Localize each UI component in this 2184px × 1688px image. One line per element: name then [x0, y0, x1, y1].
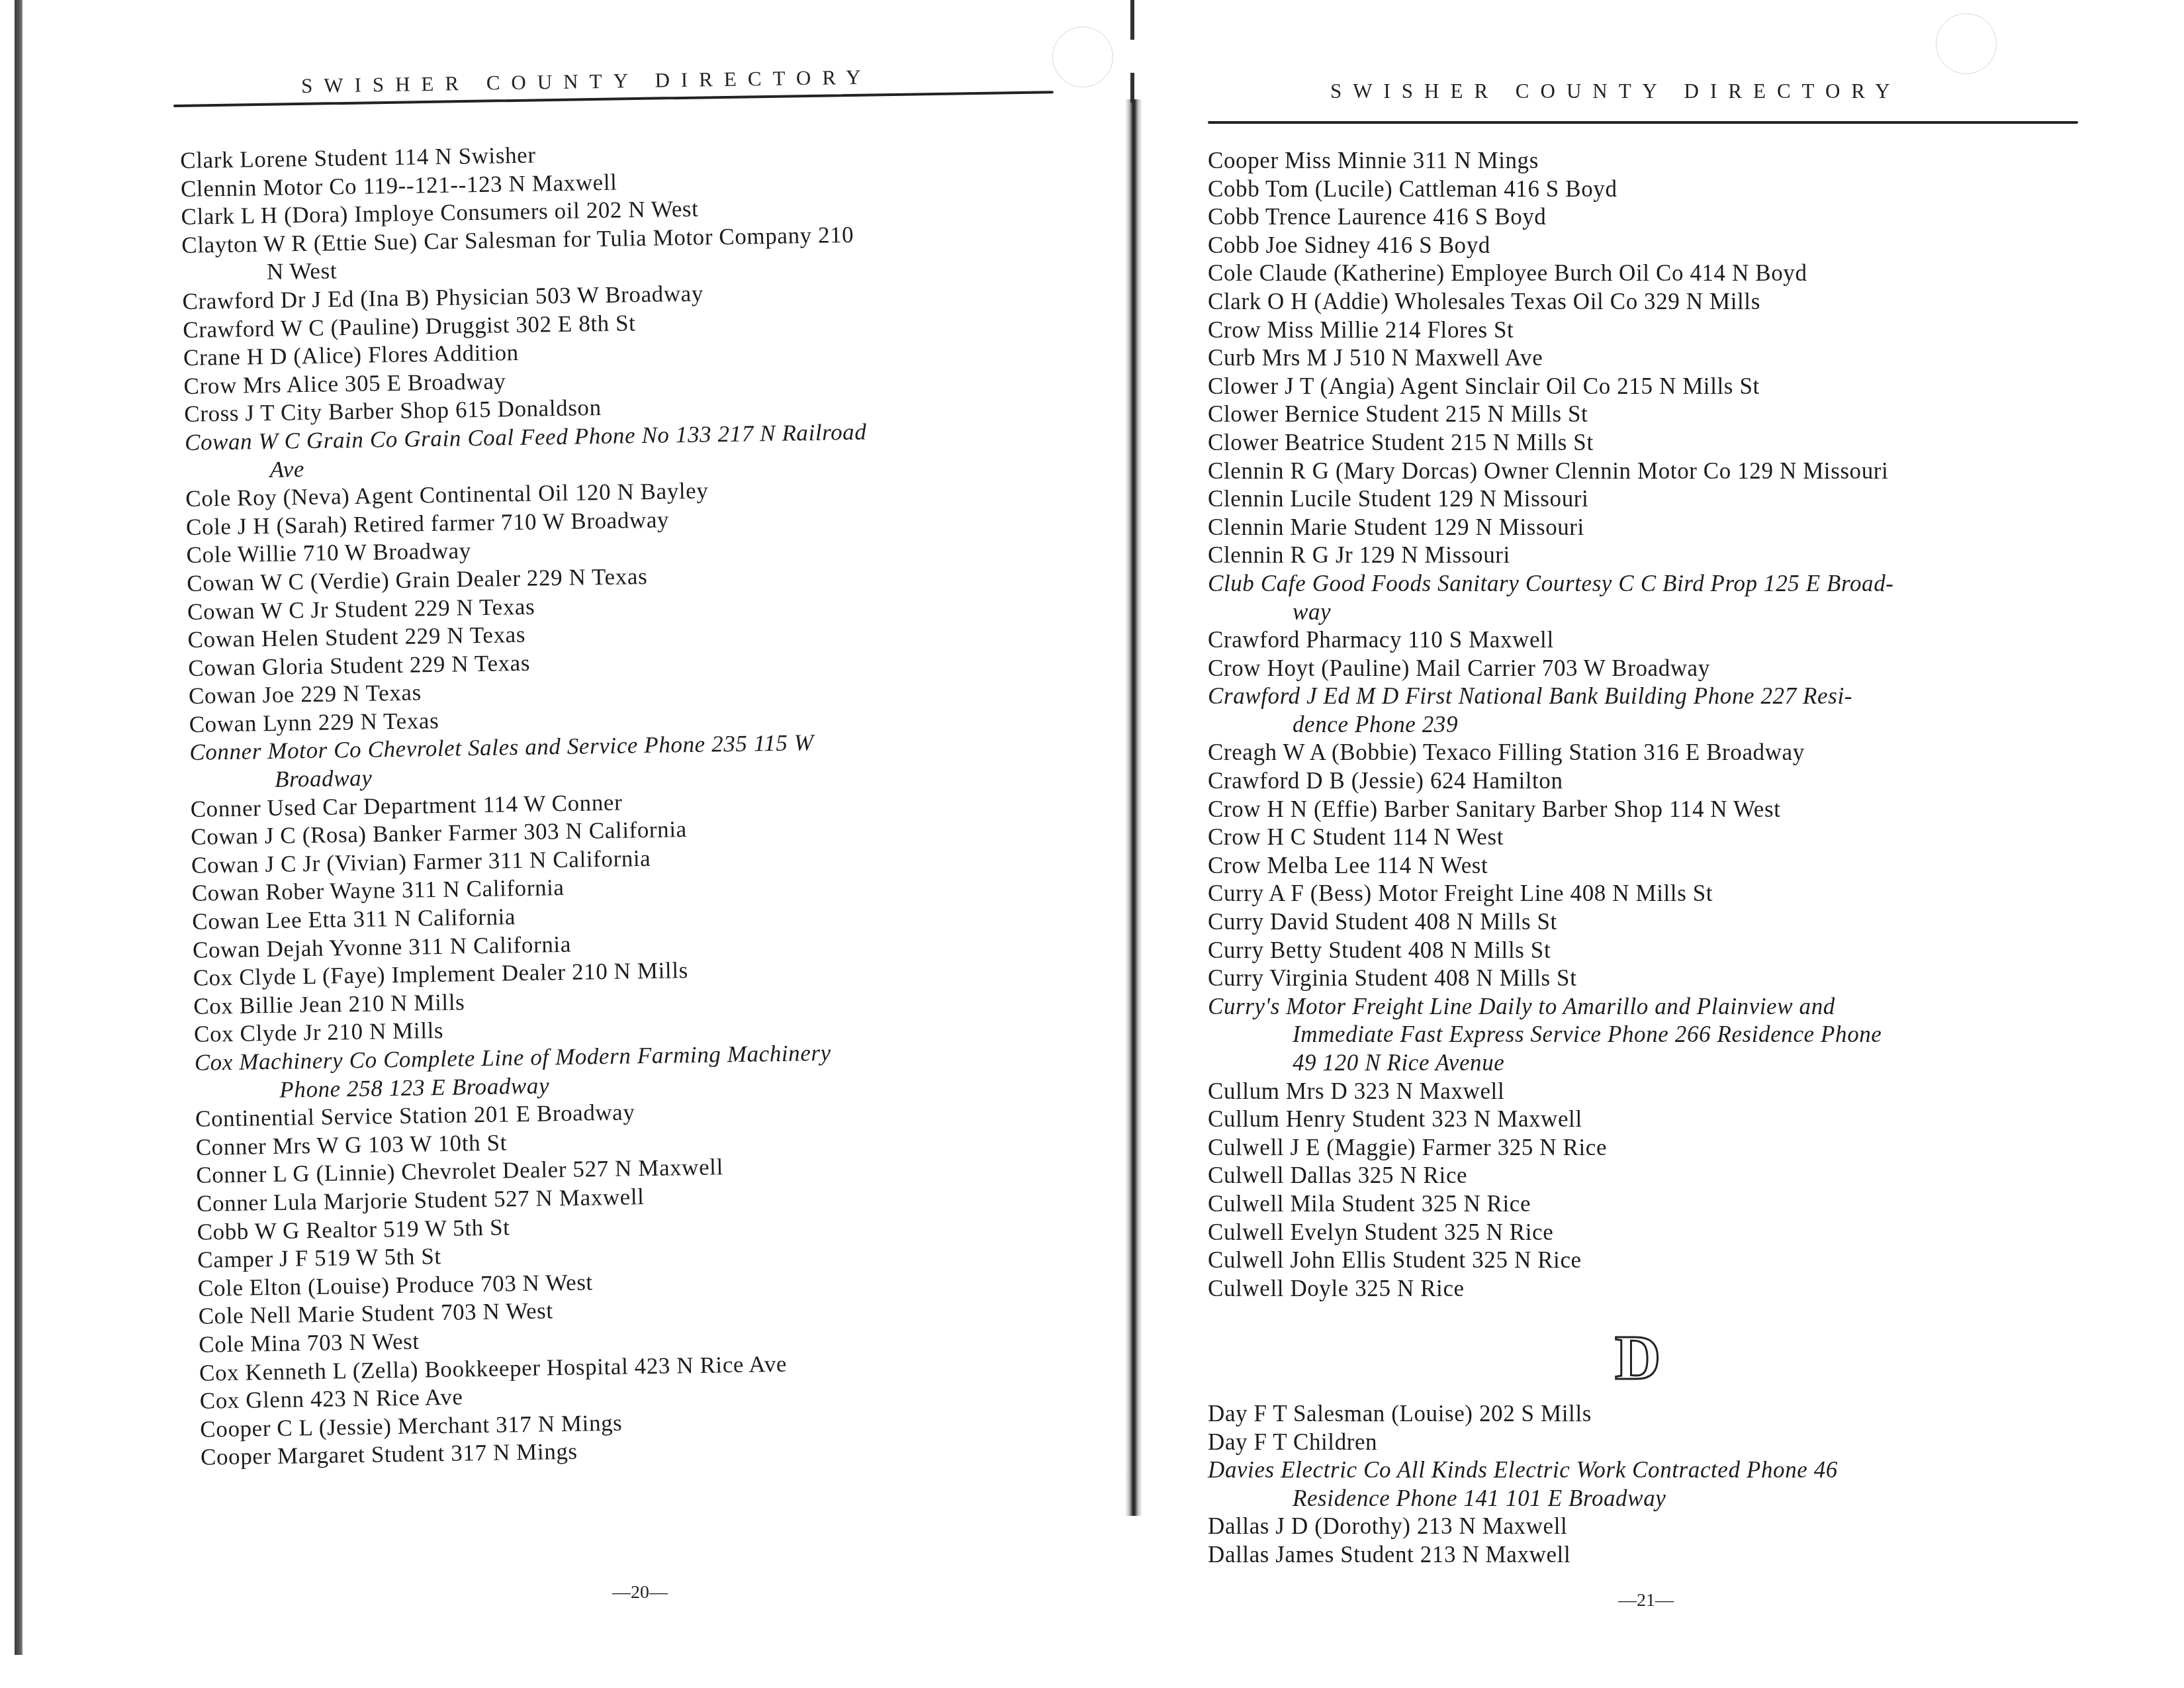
directory-advertisement-entry: Cowan W C Grain Co Grain Coal Feed Phone… — [185, 418, 868, 485]
directory-entry: Clennin Lucile Student 129 N Missouri — [1208, 485, 1893, 514]
entry-text: Curb Mrs M J 510 N Maxwell Ave — [1208, 345, 1543, 371]
directory-entry: Cullum Mrs D 323 N Maxwell — [1208, 1078, 1893, 1106]
directory-entry: Dallas J D (Dorothy) 213 N Maxwell — [1208, 1513, 1838, 1541]
entry-text: Cowan W C Jr Student 229 N Texas — [187, 593, 535, 624]
directory-entry: Crow H C Student 114 N West — [1208, 823, 1893, 852]
entry-text: Clark O H (Addie) Wholesales Texas Oil C… — [1208, 289, 1760, 314]
entry-text: Crow Hoyt (Pauline) Mail Carrier 703 W B… — [1208, 655, 1710, 681]
punch-hole-mark — [1052, 26, 1113, 87]
entry-text: Cobb Trence Laurence 416 S Boyd — [1208, 204, 1546, 230]
entry-text: Clower Beatrice Student 215 N Mills St — [1208, 430, 1594, 455]
entry-text: Cross J T City Barber Shop 615 Donaldson — [184, 395, 602, 427]
directory-list-right-c: Cooper Miss Minnie 311 N MingsCobb Tom (… — [1208, 147, 1893, 1303]
directory-entry: Crow Miss Millie 214 Flores St — [1208, 316, 1893, 345]
header-rule-right — [1208, 121, 2078, 124]
entry-text: Clennin R G Jr 129 N Missouri — [1208, 542, 1510, 568]
directory-advertisement-entry: Club Cafe Good Foods Sanitary Courtesy C… — [1208, 570, 1893, 626]
entry-text: Creagh W A (Bobbie) Texaco Filling Stati… — [1208, 739, 1805, 765]
punch-hole-mark — [1936, 13, 1997, 74]
entry-text: Cole Willie 710 W Broadway — [186, 538, 471, 568]
entry-text: Cobb Joe Sidney 416 S Boyd — [1208, 232, 1490, 258]
directory-entry: Culwell Dallas 325 N Rice — [1208, 1162, 1893, 1190]
directory-entry: Cobb Joe Sidney 416 S Boyd — [1208, 232, 1893, 260]
entry-text: Crow Mrs Alice 305 E Broadway — [183, 368, 506, 399]
entry-text: Cox Glenn 423 N Rice Ave — [199, 1384, 463, 1414]
directory-entry: Curry Virginia Student 408 N Mills St — [1208, 964, 1893, 993]
entry-text: Cole Mina 703 N West — [199, 1328, 420, 1357]
entry-text: Curry A F (Bess) Motor Freight Line 408 … — [1208, 880, 1713, 906]
entry-text: Davies Electric Co All Kinds Electric Wo… — [1208, 1457, 1838, 1483]
directory-entry: Crawford Pharmacy 110 S Maxwell — [1208, 626, 1893, 655]
entry-text: Crow H N (Effie) Barber Sanitary Barber … — [1208, 796, 1780, 822]
directory-entry: Culwell Mila Student 325 N Rice — [1208, 1190, 1893, 1219]
binding-edge-top-lower — [1130, 73, 1134, 103]
entry-continuation: Immediate Fast Express Service Phone 266… — [1208, 1021, 1893, 1049]
section-letter-d: D — [1615, 1321, 1661, 1394]
directory-entry: Culwell Doyle 325 N Rice — [1208, 1275, 1893, 1303]
entry-text: Clower J T (Angia) Agent Sinclair Oil Co… — [1208, 373, 1760, 399]
entry-text: Cobb W G Realtor 519 W 5th St — [197, 1214, 510, 1244]
directory-entry: Curb Mrs M J 510 N Maxwell Ave — [1208, 344, 1893, 373]
entry-text: Curry's Motor Freight Line Daily to Amar… — [1208, 994, 1835, 1019]
directory-entry: Clennin Marie Student 129 N Missouri — [1208, 514, 1893, 542]
entry-text: Cowan Lee Etta 311 N California — [192, 904, 516, 935]
entry-text: Cullum Mrs D 323 N Maxwell — [1208, 1078, 1504, 1104]
entry-text: Clennin Motor Co 119--121--123 N Maxwell — [181, 169, 617, 201]
entry-text: Clennin Lucile Student 129 N Missouri — [1208, 486, 1588, 512]
directory-list-right-d: Day F T Salesman (Louise) 202 S MillsDay… — [1208, 1400, 1838, 1570]
entry-text: Cowan W C (Verdie) Grain Dealer 229 N Te… — [187, 563, 647, 596]
entry-text: Culwell J E (Maggie) Farmer 325 N Rice — [1208, 1135, 1607, 1160]
entry-text: Cowan Lynn 229 N Texas — [189, 708, 439, 737]
entry-continuation: 49 120 N Rice Avenue — [1208, 1049, 1893, 1078]
directory-entry: Clower Bernice Student 215 N Mills St — [1208, 400, 1893, 429]
entry-text: Conner Mrs W G 103 W 10th St — [195, 1129, 507, 1160]
entry-continuation: dence Phone 239 — [1208, 711, 1893, 739]
entry-text: Crawford D B (Jessie) 624 Hamilton — [1208, 768, 1563, 794]
entry-text: Curry Virginia Student 408 N Mills St — [1208, 965, 1576, 991]
entry-text: Cowan J C Jr (Vivian) Farmer 311 N Calif… — [191, 845, 651, 878]
entry-text: Cowan Joe 229 N Texas — [189, 680, 422, 710]
directory-entry: Dallas James Student 213 N Maxwell — [1208, 1541, 1838, 1570]
entry-text: Cox Clyde Jr 210 N Mills — [194, 1017, 444, 1047]
directory-entry: Culwell Evelyn Student 325 N Rice — [1208, 1219, 1893, 1247]
directory-entry: Curry Betty Student 408 N Mills St — [1208, 937, 1893, 965]
entry-text: Cowan Dejah Yvonne 311 N California — [193, 931, 571, 962]
directory-entry: Culwell John Ellis Student 325 N Rice — [1208, 1246, 1893, 1275]
directory-entry: Day F T Children — [1208, 1429, 1838, 1457]
directory-entry: Clower Beatrice Student 215 N Mills St — [1208, 429, 1893, 457]
directory-entry: Cooper Miss Minnie 311 N Mings — [1208, 147, 1893, 175]
entry-text: Camper J F 519 W 5th St — [197, 1243, 441, 1273]
entry-text: Cox Billie Jean 210 N Mills — [193, 989, 465, 1019]
entry-text: Curry Betty Student 408 N Mills St — [1208, 937, 1551, 963]
entry-text: Day F T Children — [1208, 1429, 1377, 1455]
entry-text: Cullum Henry Student 323 N Maxwell — [1208, 1106, 1582, 1132]
entry-text: Culwell Evelyn Student 325 N Rice — [1208, 1219, 1553, 1245]
entry-text: Curry David Student 408 N Mills St — [1208, 909, 1557, 935]
entry-text: Cole Nell Marie Student 703 N West — [198, 1298, 553, 1329]
binding-edge-top — [1130, 0, 1134, 40]
directory-entry: Clower J T (Angia) Agent Sinclair Oil Co… — [1208, 373, 1893, 401]
directory-entry: Crow Hoyt (Pauline) Mail Carrier 703 W B… — [1208, 655, 1893, 683]
entry-text: Crawford Pharmacy 110 S Maxwell — [1208, 627, 1554, 653]
directory-entry: Creagh W A (Bobbie) Texaco Filling Stati… — [1208, 739, 1893, 767]
directory-entry: Clennin R G Jr 129 N Missouri — [1208, 541, 1893, 570]
entry-text: Culwell Doyle 325 N Rice — [1208, 1276, 1465, 1301]
entry-continuation: Residence Phone 141 101 E Broadway — [1208, 1485, 1838, 1513]
entry-text: Clennin R G (Mary Dorcas) Owner Clennin … — [1208, 458, 1888, 484]
right-page: SWISHER COUNTY DIRECTORY Cooper Miss Min… — [1138, 0, 2184, 1688]
entry-text: Cowan Gloria Student 229 N Texas — [188, 649, 530, 680]
entry-text: Crow Melba Lee 114 N West — [1208, 853, 1488, 878]
entry-text: Cowan Helen Student 229 N Texas — [187, 622, 525, 653]
directory-advertisement-entry: Conner Motor Co Chevrolet Sales and Serv… — [189, 728, 872, 795]
directory-entry: Curry A F (Bess) Motor Freight Line 408 … — [1208, 880, 1893, 908]
entry-text: Dallas J D (Dorothy) 213 N Maxwell — [1208, 1513, 1567, 1539]
entry-text: Dallas James Student 213 N Maxwell — [1208, 1542, 1570, 1568]
entry-text: Cooper Miss Minnie 311 N Mings — [1208, 148, 1539, 173]
directory-entry: Clayton W R (Ettie Sue) Car Salesman for… — [181, 221, 864, 288]
directory-advertisement-entry: Crawford J Ed M D First National Bank Bu… — [1208, 682, 1893, 739]
entry-text: Crawford J Ed M D First National Bank Bu… — [1208, 683, 1852, 709]
entry-text: Crow H C Student 114 N West — [1208, 824, 1504, 850]
entry-text: Crow Miss Millie 214 Flores St — [1208, 317, 1514, 343]
directory-entry: Cobb Trence Laurence 416 S Boyd — [1208, 203, 1893, 232]
directory-advertisement-entry: Cox Machinery Co Complete Line of Modern… — [194, 1039, 877, 1105]
entry-text: Clark Lorene Student 114 N Swisher — [180, 142, 536, 173]
directory-entry: Culwell J E (Maggie) Farmer 325 N Rice — [1208, 1134, 1893, 1162]
entry-text: Clower Bernice Student 215 N Mills St — [1208, 401, 1588, 427]
directory-entry: Cobb Tom (Lucile) Cattleman 416 S Boyd — [1208, 175, 1893, 204]
directory-entry: Crawford D B (Jessie) 624 Hamilton — [1208, 767, 1893, 796]
left-page: SWISHER COUNTY DIRECTORY Clark Lorene St… — [0, 0, 1125, 1688]
directory-list-left: Clark Lorene Student 114 N SwisherClenni… — [180, 136, 883, 1472]
entry-continuation: way — [1208, 598, 1893, 627]
entry-text: Cooper C L (Jessie) Merchant 317 N Mings — [200, 1409, 623, 1442]
directory-entry: Day F T Salesman (Louise) 202 S Mills — [1208, 1400, 1838, 1429]
directory-advertisement-entry: Davies Electric Co All Kinds Electric Wo… — [1208, 1456, 1838, 1513]
entry-text: Day F T Salesman (Louise) 202 S Mills — [1208, 1401, 1592, 1427]
entry-text: Culwell John Ellis Student 325 N Rice — [1208, 1247, 1582, 1273]
running-head-right: SWISHER COUNTY DIRECTORY — [1330, 79, 1901, 103]
scan-edge-shadow — [15, 0, 23, 1655]
entry-text: Culwell Dallas 325 N Rice — [1208, 1162, 1467, 1188]
entry-text: Clennin Marie Student 129 N Missouri — [1208, 514, 1584, 540]
entry-text: Continential Service Station 201 E Broad… — [195, 1100, 635, 1132]
directory-advertisement-entry: Curry's Motor Freight Line Daily to Amar… — [1208, 993, 1893, 1078]
entry-text: Cobb Tom (Lucile) Cattleman 416 S Boyd — [1208, 176, 1617, 202]
directory-entry: Clark O H (Addie) Wholesales Texas Oil C… — [1208, 288, 1893, 316]
entry-text: Cole Elton (Louise) Produce 703 N West — [198, 1269, 593, 1301]
entry-text: Cooper Margaret Student 317 N Mings — [201, 1438, 578, 1470]
running-head-left: SWISHER COUNTY DIRECTORY — [301, 65, 872, 98]
directory-entry: Crow H N (Effie) Barber Sanitary Barber … — [1208, 796, 1893, 824]
entry-text: Conner Used Car Department 114 W Conner — [190, 789, 622, 821]
entry-text: Crane H D (Alice) Flores Addition — [183, 340, 519, 371]
entry-text: Cowan Rober Wayne 311 N California — [191, 874, 564, 906]
directory-entry: Clennin R G (Mary Dorcas) Owner Clennin … — [1208, 457, 1893, 486]
directory-entry: Crow Melba Lee 114 N West — [1208, 852, 1893, 880]
entry-text: Club Cafe Good Foods Sanitary Courtesy C… — [1208, 571, 1893, 596]
directory-entry: Cole Claude (Katherine) Employee Burch O… — [1208, 259, 1893, 288]
directory-entry: Cullum Henry Student 323 N Maxwell — [1208, 1105, 1893, 1134]
entry-text: Cole Claude (Katherine) Employee Burch O… — [1208, 260, 1807, 286]
directory-entry: Curry David Student 408 N Mills St — [1208, 908, 1893, 937]
page-number-right: —21— — [1618, 1590, 1674, 1611]
entry-text: Culwell Mila Student 325 N Rice — [1208, 1191, 1531, 1217]
entry-text: Conner Lula Marjorie Student 527 N Maxwe… — [197, 1184, 645, 1217]
page-number-left: —20— — [612, 1582, 668, 1603]
